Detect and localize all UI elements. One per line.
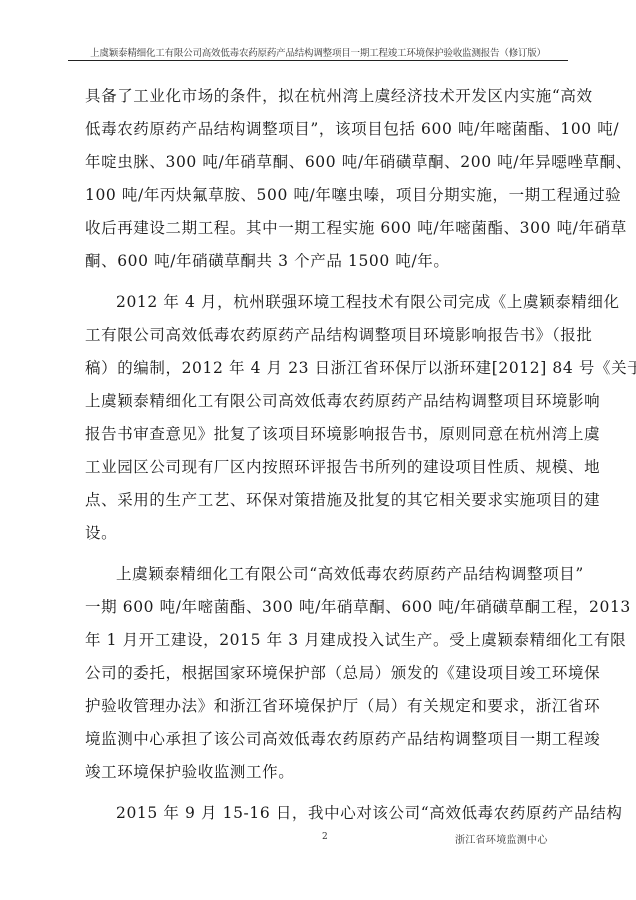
paragraph: 上虞颖泰精细化工有限公司“高效低毒农药原药产品结构调整项目” 一期 600 吨/…	[85, 558, 559, 789]
text-line: 境监测中心承担了该公司高效低毒农药原药产品结构调整项目一期工程竣	[85, 723, 559, 756]
text-line: 工有限公司高效低毒农药原药产品结构调整项目环境影响报告书》（报批	[85, 319, 559, 352]
document-body: 具备了工业化市场的条件，拟在杭州湾上虞经济技术开发区内实施“高效 低毒农药原药产…	[85, 80, 559, 830]
text-line: 具备了工业化市场的条件，拟在杭州湾上虞经济技术开发区内实施“高效	[85, 80, 559, 113]
text-line: 公司的委托，根据国家环境保护部（总局）颁发的《建设项目竣工环境保	[85, 657, 559, 690]
running-header: 上虞颖泰精细化工有限公司高效低毒农药原药产品结构调整项目一期工程竣工环境保护验收…	[68, 47, 568, 61]
text-line: 稿）的编制，2012 年 4 月 23 日浙江省环保厅以浙环建[2012] 84…	[85, 352, 559, 385]
text-line: 竣工环境保护验收监测工作。	[85, 756, 559, 789]
text-line: 护验收管理办法》和浙江省环境保护厅（局）有关规定和要求，浙江省环	[85, 690, 559, 723]
text-line: 工业园区公司现有厂区内按照环评报告书所列的建设项目性质、规模、地	[85, 451, 559, 484]
text-line: 低毒农药原药产品结构调整项目”，该项目包括 600 吨/年嘧菌酯、100 吨/	[85, 113, 559, 146]
text-line: 2015 年 9 月 15-16 日，我中心对该公司“高效低毒农药原药产品结构	[85, 797, 559, 830]
header-rule	[68, 60, 568, 61]
text-line: 100 吨/年丙炔氟草胺、500 吨/年噻虫嗪，项目分期实施，一期工程通过验	[85, 179, 559, 212]
text-line: 设。	[85, 517, 559, 550]
paragraph: 2012 年 4 月，杭州联强环境工程技术有限公司完成《上虞颖泰精细化 工有限公…	[85, 286, 559, 550]
text-line: 年啶虫脒、300 吨/年硝草酮、600 吨/年硝磺草酮、200 吨/年异噁唑草酮…	[85, 146, 559, 179]
text-line: 一期 600 吨/年嘧菌酯、300 吨/年硝草酮、600 吨/年硝磺草酮工程，2…	[85, 591, 559, 624]
text-line: 2012 年 4 月，杭州联强环境工程技术有限公司完成《上虞颖泰精细化	[85, 286, 559, 319]
paragraph: 具备了工业化市场的条件，拟在杭州湾上虞经济技术开发区内实施“高效 低毒农药原药产…	[85, 80, 559, 278]
paragraph-gap	[85, 278, 559, 286]
paragraph: 2015 年 9 月 15-16 日，我中心对该公司“高效低毒农药原药产品结构	[85, 797, 559, 830]
text-line: 报告书审查意见》批复了该项目环境影响报告书，原则同意在杭州湾上虞	[85, 418, 559, 451]
text-line: 年 1 月开工建设，2015 年 3 月建成投入试生产。受上虞颖泰精细化工有限	[85, 624, 559, 657]
text-line: 上虞颖泰精细化工有限公司高效低毒农药原药产品结构调整项目环境影响	[85, 385, 559, 418]
text-line: 酮、600 吨/年硝磺草酮共 3 个产品 1500 吨/年。	[85, 245, 559, 278]
paragraph-gap	[85, 789, 559, 797]
paragraph-gap	[85, 550, 559, 558]
text-line: 收后再建设二期工程。其中一期工程实施 600 吨/年嘧菌酯、300 吨/年硝草	[85, 212, 559, 245]
footer-organization: 浙江省环境监测中心	[455, 831, 548, 846]
text-line: 点、采用的生产工艺、环保对策措施及批复的其它相关要求实施项目的建	[85, 484, 559, 517]
page-number: 2	[322, 832, 328, 842]
text-line: 上虞颖泰精细化工有限公司“高效低毒农药原药产品结构调整项目”	[85, 558, 559, 591]
